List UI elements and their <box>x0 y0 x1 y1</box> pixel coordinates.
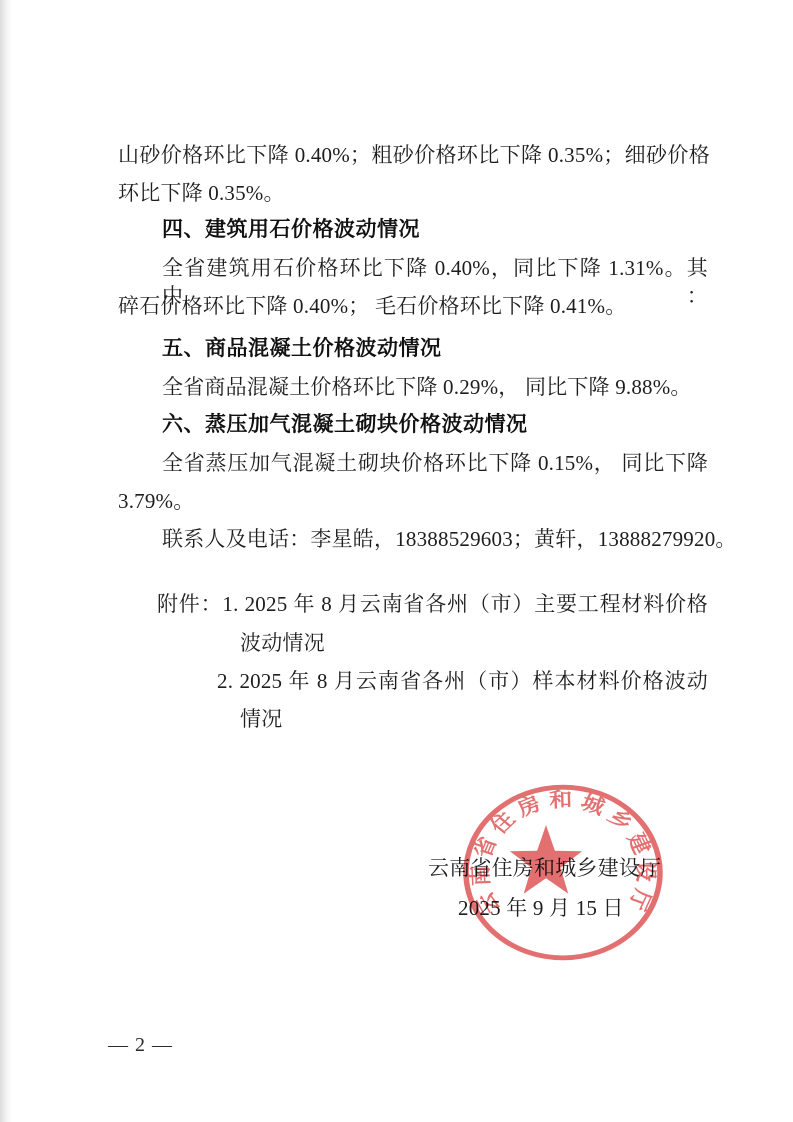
document-page: 山砂价格环比下降 0.40%；粗砂价格环比下降 0.35%；细砂价格 环比下降 … <box>0 0 793 1122</box>
page-number: — 2 — <box>108 1031 173 1059</box>
body-line: 环比下降 0.35%。 <box>118 179 285 207</box>
section-heading-5: 五、商品混凝土价格波动情况 <box>162 335 442 363</box>
section-heading-4: 四、建筑用石价格波动情况 <box>162 216 420 244</box>
body-line: 全省蒸压加气混凝土砌块价格环比下降 0.15%， 同比下降 <box>162 449 708 477</box>
signature-date: 2025 年 9 月 15 日 <box>458 894 624 922</box>
attachment-line-1-cont: 波动情况 <box>240 629 325 657</box>
contact-line: 联系人及电话：李星皓，18388529603；黄轩，13888279920。 <box>162 525 737 553</box>
section-heading-6: 六、蒸压加气混凝土砌块价格波动情况 <box>162 411 528 439</box>
signature-agency: 云南省住房和城乡建设厅 <box>428 854 661 882</box>
body-line: 碎石价格环比下降 0.40%； 毛石价格环比下降 0.41%。 <box>118 292 626 320</box>
body-line: 3.79%。 <box>118 487 194 515</box>
body-line: 山砂价格环比下降 0.40%；粗砂价格环比下降 0.35%；细砂价格 <box>118 141 710 169</box>
attachment-line-2-cont: 情况 <box>240 705 282 733</box>
attachment-line-2: 2. 2025 年 8 月云南省各州（市）样本材料价格波动 <box>217 667 708 695</box>
body-line: 全省商品混凝土价格环比下降 0.29%， 同比下降 9.88%。 <box>162 373 692 401</box>
attachment-line-1: 附件：1. 2025 年 8 月云南省各州（市）主要工程材料价格 <box>157 590 708 618</box>
